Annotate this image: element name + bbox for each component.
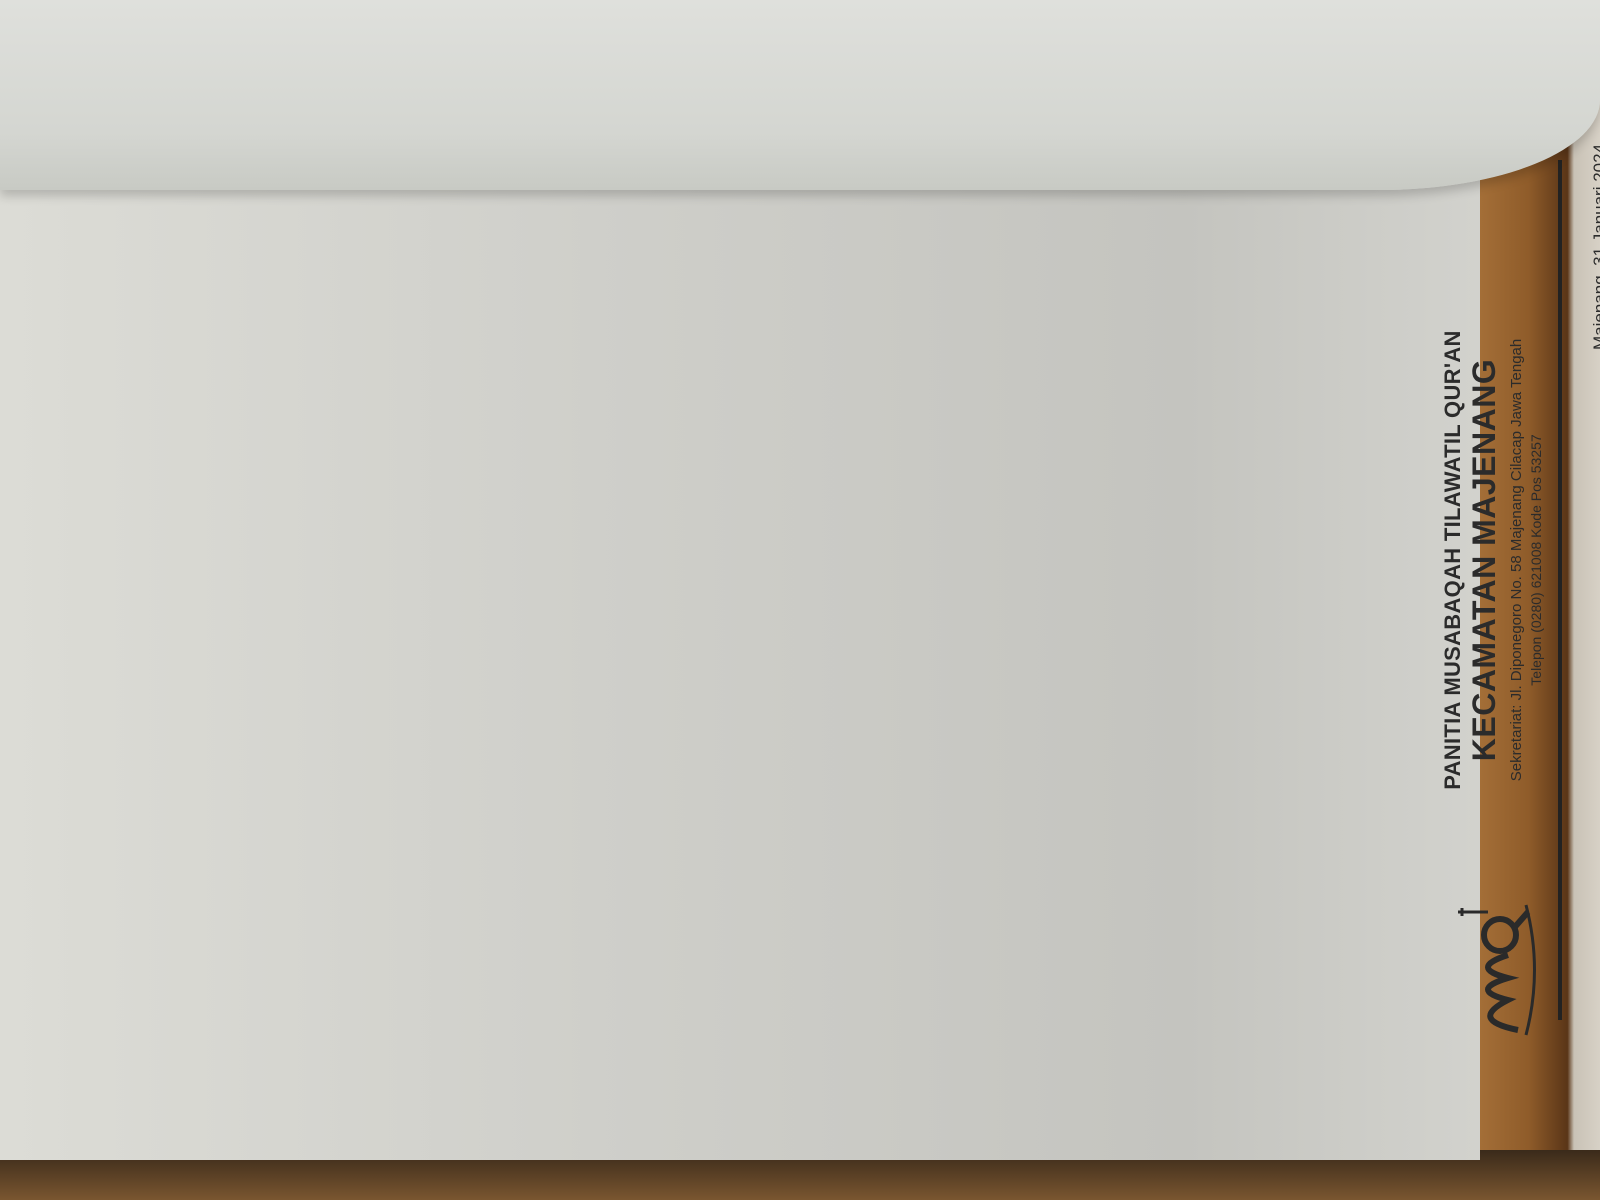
letter-date: Majenang, 31 Januari 2024 [1590,144,1600,350]
org-address: Sekretariat: Jl. Diponegoro No. 58 Majen… [1508,210,1525,910]
overlapping-paper [0,0,1600,190]
letter-sheet [0,100,1480,1160]
org-phone: Telepon (0280) 621008 Kode Pos 53257 [1528,210,1544,910]
letterhead: PANITIA MUSABAQAH TILAWATIL QUR'AN KECAM… [1440,160,1570,1060]
org-name-line2: KECAMATAN MAJENANG [1466,250,1503,870]
letterhead-rule [1558,160,1562,1020]
letter-document: PANITIA MUSABAQAH TILAWATIL QUR'AN KECAM… [1420,110,1600,1150]
mtq-logo-icon [1448,900,1538,1040]
org-name-line1: PANITIA MUSABAQAH TILAWATIL QUR'AN [1440,250,1466,870]
